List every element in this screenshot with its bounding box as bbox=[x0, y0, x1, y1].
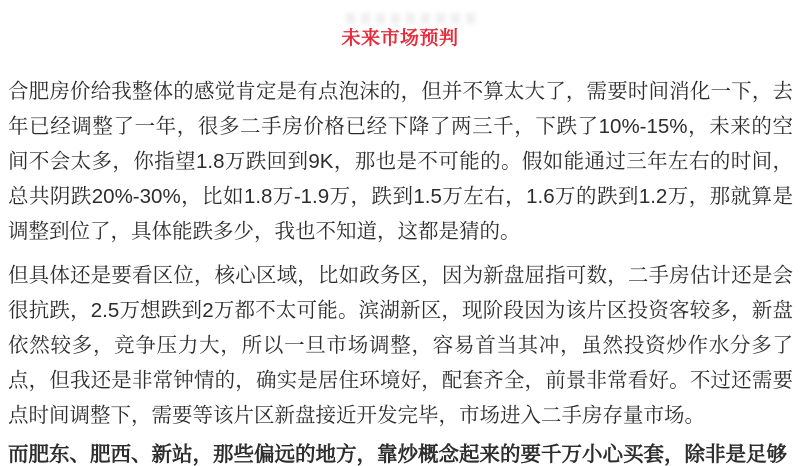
article-body: 合肥房价给我整体的感觉肯定是有点泡沫的，但并不算太大了，需要时间消化一下，去年已… bbox=[0, 74, 800, 466]
ghost-text-artifact bbox=[346, 13, 478, 24]
article: 未来市场预判 合肥房价给我整体的感觉肯定是有点泡沫的，但并不算太大了，需要时间消… bbox=[0, 28, 800, 466]
article-title: 未来市场预判 bbox=[0, 28, 800, 49]
paragraph-district-analysis: 但具体还是要看区位，核心区域，比如政务区，因为新盘屈指可数，二手房估计还是会很抗… bbox=[8, 258, 793, 433]
paragraph-warning-truncated: 而肥东、肥西、新站，那些偏远的地方，靠炒概念起来的要千万小心买套，除非是足够 bbox=[8, 437, 793, 466]
paragraph-market-overview: 合肥房价给我整体的感觉肯定是有点泡沫的，但并不算太大了，需要时间消化一下，去年已… bbox=[8, 74, 793, 249]
